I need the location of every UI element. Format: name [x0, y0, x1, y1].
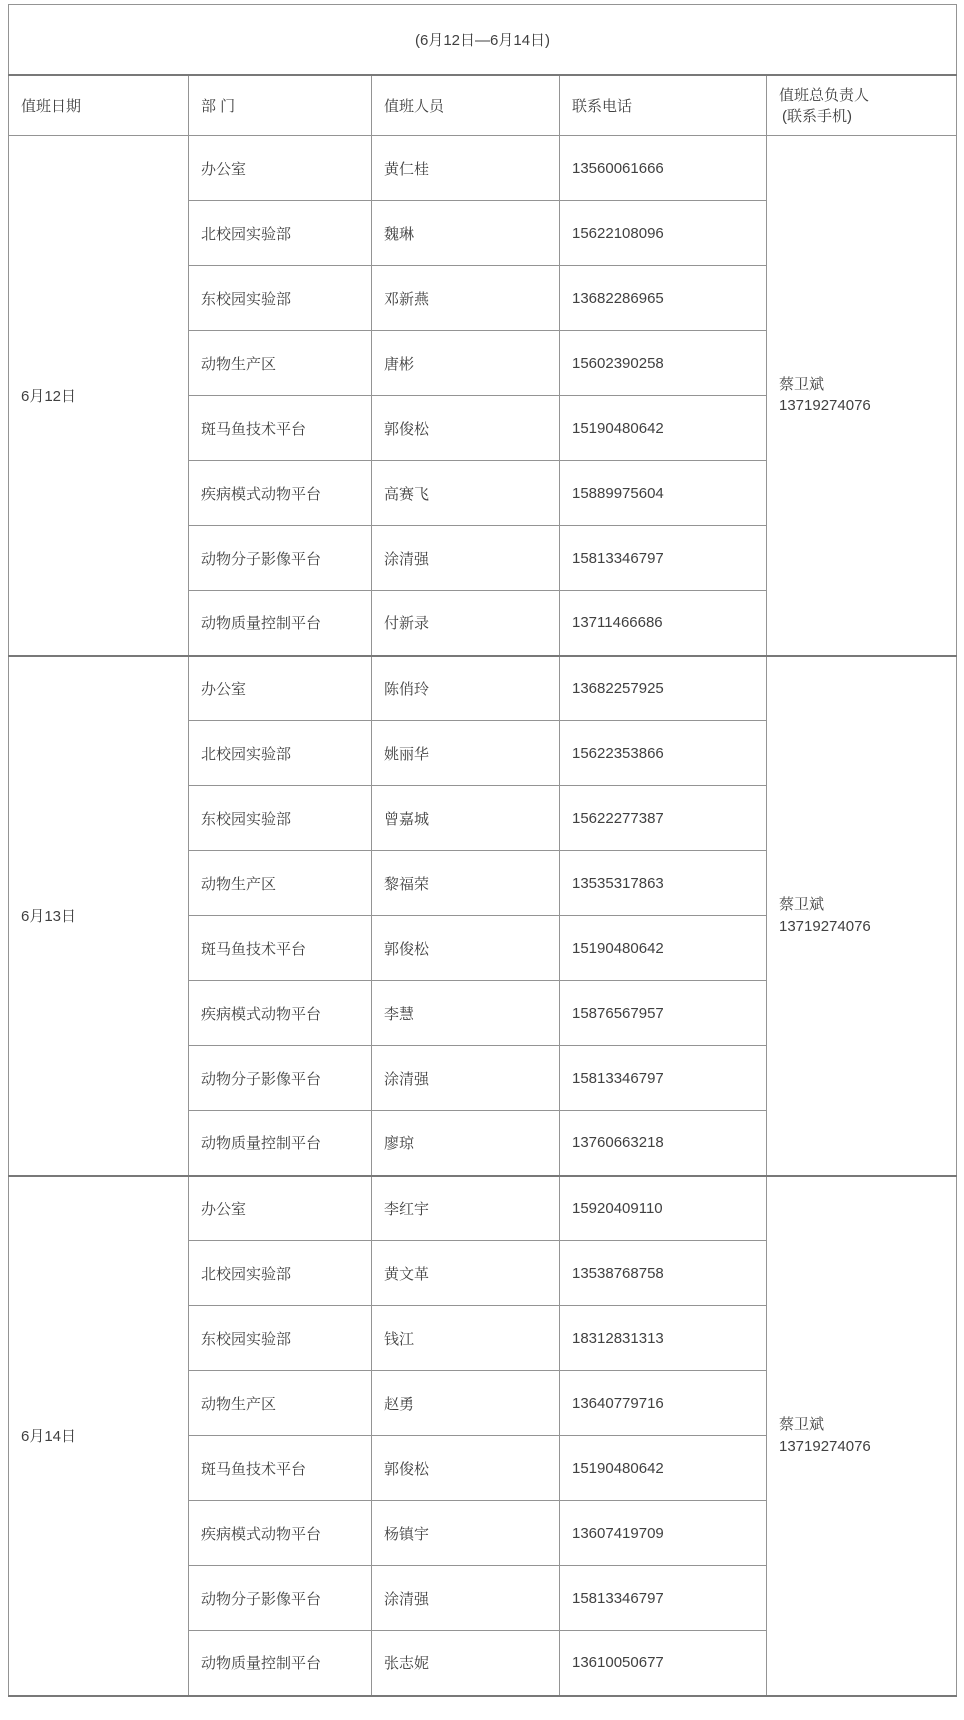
- supervisor-cell: 蔡卫斌13719274076: [767, 1176, 957, 1696]
- department-cell: 动物生产区: [189, 1371, 372, 1436]
- supervisor-phone: 13719274076: [779, 916, 944, 938]
- department-cell: 北校园实验部: [189, 721, 372, 786]
- page: (6月12日—6月14日) 值班日期 部 门 值班人员 联系电话 值班总负责人 …: [0, 0, 964, 1720]
- phone-cell: 15622277387: [560, 786, 767, 851]
- phone-cell: 13560061666: [560, 136, 767, 201]
- phone-cell: 15813346797: [560, 1566, 767, 1631]
- phone-cell: 15622108096: [560, 201, 767, 266]
- phone-cell: 15813346797: [560, 1046, 767, 1111]
- person-cell: 廖琼: [372, 1111, 560, 1176]
- phone-cell: 13711466686: [560, 591, 767, 656]
- phone-cell: 15602390258: [560, 331, 767, 396]
- department-cell: 动物生产区: [189, 331, 372, 396]
- person-cell: 赵勇: [372, 1371, 560, 1436]
- department-cell: 动物质量控制平台: [189, 1111, 372, 1176]
- department-cell: 办公室: [189, 1176, 372, 1241]
- phone-cell: 13682286965: [560, 266, 767, 331]
- department-cell: 动物质量控制平台: [189, 1631, 372, 1696]
- phone-cell: 13607419709: [560, 1501, 767, 1566]
- department-cell: 东校园实验部: [189, 786, 372, 851]
- header-person: 值班人员: [372, 75, 560, 136]
- duty-row: 6月12日办公室黄仁桂13560061666蔡卫斌13719274076: [9, 136, 957, 201]
- title-row: (6月12日—6月14日): [9, 5, 957, 75]
- date-cell: 6月13日: [9, 656, 189, 1176]
- person-cell: 魏琳: [372, 201, 560, 266]
- department-cell: 斑马鱼技术平台: [189, 396, 372, 461]
- person-cell: 邓新燕: [372, 266, 560, 331]
- phone-cell: 15889975604: [560, 461, 767, 526]
- person-cell: 杨镇宇: [372, 1501, 560, 1566]
- person-cell: 涂清强: [372, 1046, 560, 1111]
- person-cell: 郭俊松: [372, 396, 560, 461]
- date-cell: 6月12日: [9, 136, 189, 656]
- person-cell: 李慧: [372, 981, 560, 1046]
- phone-cell: 18312831313: [560, 1306, 767, 1371]
- person-cell: 李红宇: [372, 1176, 560, 1241]
- table-title: (6月12日—6月14日): [9, 5, 957, 75]
- duty-roster-table: (6月12日—6月14日) 值班日期 部 门 值班人员 联系电话 值班总负责人 …: [8, 4, 957, 1697]
- header-department: 部 门: [189, 75, 372, 136]
- phone-cell: 13760663218: [560, 1111, 767, 1176]
- person-cell: 唐彬: [372, 331, 560, 396]
- phone-cell: 15813346797: [560, 526, 767, 591]
- department-cell: 办公室: [189, 656, 372, 721]
- department-cell: 办公室: [189, 136, 372, 201]
- phone-cell: 13640779716: [560, 1371, 767, 1436]
- person-cell: 黎福荣: [372, 851, 560, 916]
- department-cell: 疾病模式动物平台: [189, 461, 372, 526]
- person-cell: 黄仁桂: [372, 136, 560, 201]
- person-cell: 付新录: [372, 591, 560, 656]
- department-cell: 疾病模式动物平台: [189, 981, 372, 1046]
- phone-cell: 15190480642: [560, 396, 767, 461]
- person-cell: 高赛飞: [372, 461, 560, 526]
- duty-row: 6月13日办公室陈俏玲13682257925蔡卫斌13719274076: [9, 656, 957, 721]
- supervisor-name: 蔡卫斌: [779, 894, 944, 916]
- department-cell: 动物分子影像平台: [189, 1046, 372, 1111]
- phone-cell: 15876567957: [560, 981, 767, 1046]
- phone-cell: 13538768758: [560, 1241, 767, 1306]
- department-cell: 疾病模式动物平台: [189, 1501, 372, 1566]
- person-cell: 黄文革: [372, 1241, 560, 1306]
- date-cell: 6月14日: [9, 1176, 189, 1696]
- supervisor-cell: 蔡卫斌13719274076: [767, 656, 957, 1176]
- person-cell: 姚丽华: [372, 721, 560, 786]
- phone-cell: 13682257925: [560, 656, 767, 721]
- person-cell: 张志妮: [372, 1631, 560, 1696]
- department-cell: 东校园实验部: [189, 266, 372, 331]
- department-cell: 东校园实验部: [189, 1306, 372, 1371]
- supervisor-cell: 蔡卫斌13719274076: [767, 136, 957, 656]
- header-row: 值班日期 部 门 值班人员 联系电话 值班总负责人 (联系手机): [9, 75, 957, 136]
- department-cell: 动物生产区: [189, 851, 372, 916]
- header-duty-date: 值班日期: [9, 75, 189, 136]
- phone-cell: 15920409110: [560, 1176, 767, 1241]
- person-cell: 曾嘉城: [372, 786, 560, 851]
- header-supervisor-line1: 值班总负责人: [779, 84, 944, 105]
- phone-cell: 13535317863: [560, 851, 767, 916]
- person-cell: 陈俏玲: [372, 656, 560, 721]
- supervisor-name: 蔡卫斌: [779, 1414, 944, 1436]
- supervisor-phone: 13719274076: [779, 395, 944, 417]
- supervisor-phone: 13719274076: [779, 1436, 944, 1458]
- department-cell: 动物质量控制平台: [189, 591, 372, 656]
- person-cell: 涂清强: [372, 1566, 560, 1631]
- department-cell: 北校园实验部: [189, 1241, 372, 1306]
- phone-cell: 15190480642: [560, 916, 767, 981]
- department-cell: 北校园实验部: [189, 201, 372, 266]
- person-cell: 钱江: [372, 1306, 560, 1371]
- header-supervisor-line2: (联系手机): [779, 105, 944, 126]
- department-cell: 斑马鱼技术平台: [189, 1436, 372, 1501]
- header-phone: 联系电话: [560, 75, 767, 136]
- department-cell: 动物分子影像平台: [189, 526, 372, 591]
- department-cell: 斑马鱼技术平台: [189, 916, 372, 981]
- phone-cell: 15190480642: [560, 1436, 767, 1501]
- person-cell: 郭俊松: [372, 916, 560, 981]
- phone-cell: 13610050677: [560, 1631, 767, 1696]
- supervisor-name: 蔡卫斌: [779, 374, 944, 396]
- phone-cell: 15622353866: [560, 721, 767, 786]
- department-cell: 动物分子影像平台: [189, 1566, 372, 1631]
- person-cell: 郭俊松: [372, 1436, 560, 1501]
- header-supervisor: 值班总负责人 (联系手机): [767, 75, 957, 136]
- person-cell: 涂清强: [372, 526, 560, 591]
- duty-row: 6月14日办公室李红宇15920409110蔡卫斌13719274076: [9, 1176, 957, 1241]
